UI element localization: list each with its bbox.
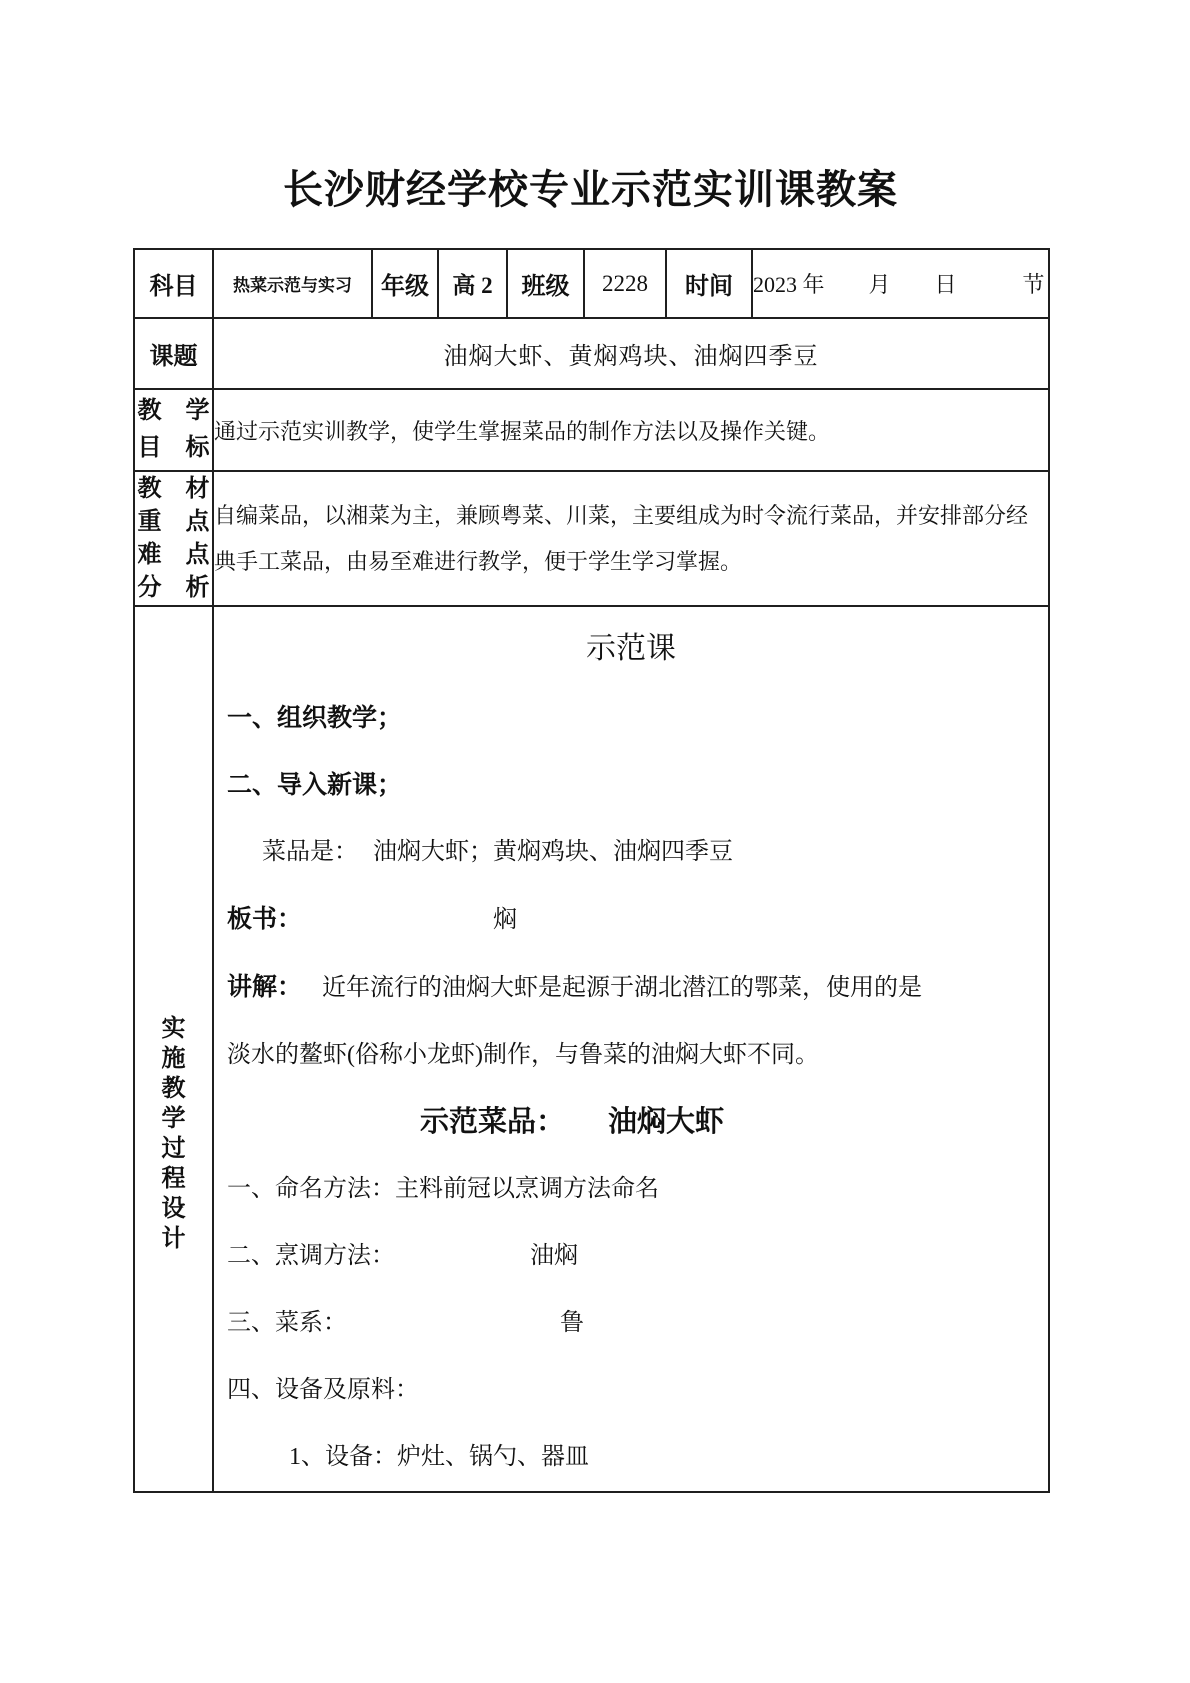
process-board-line: 板书：焖 bbox=[214, 886, 1048, 954]
method-label: 二、烹调方法： bbox=[227, 1243, 395, 1269]
objective-value-cell: 通过示范实训教学，使学生掌握菜品的制作方法以及操作关键。 bbox=[213, 389, 1049, 471]
class-value-cell: 2228 bbox=[584, 249, 666, 318]
info-row: 科目 热菜示范与实习 年级 高 2 班级 2228 时间 2023 年 月 日 … bbox=[134, 249, 1049, 318]
process-row: 实 施 教 学 过 程 设 计 示范课 一、组织教学； 二、导入新课； 菜品是：… bbox=[134, 606, 1049, 1492]
objective-row: 教 学 目 标 通过示范实训教学，使学生掌握菜品的制作方法以及操作关键。 bbox=[134, 389, 1049, 471]
document-title: 长沙财经学校专业示范实训课教案 bbox=[133, 166, 1048, 214]
process-item-cuisine: 三、菜系：鲁 bbox=[214, 1290, 1048, 1357]
process-demo-line: 示范菜品：油焖大虾 bbox=[214, 1089, 1048, 1156]
process-item-naming: 一、命名方法：主料前冠以烹调方法命名 bbox=[214, 1156, 1048, 1223]
topic-label-cell: 课题 bbox=[134, 318, 213, 389]
analysis-label-cell: 教 材 重 点 难 点 分 析 bbox=[134, 471, 213, 606]
cuisine-label: 三、菜系： bbox=[227, 1310, 347, 1336]
dishes-value: 油焖大虾；黄焖鸡块、油焖四季豆 bbox=[373, 839, 733, 865]
process-item-equipment-header: 四、设备及原料： bbox=[214, 1357, 1048, 1424]
class-label-cell: 班级 bbox=[507, 249, 584, 318]
process-content: 示范课 一、组织教学； 二、导入新课； 菜品是：油焖大虾；黄焖鸡块、油焖四季豆 … bbox=[214, 607, 1048, 1491]
process-item-equipment-detail: 1、设备：炉灶、锅勺、器皿 bbox=[214, 1424, 1048, 1491]
board-value: 焖 bbox=[493, 907, 517, 933]
board-label: 板书： bbox=[227, 905, 302, 933]
subject-label-cell: 科目 bbox=[134, 249, 213, 318]
demo-label: 示范菜品： bbox=[420, 1106, 565, 1138]
process-dishes-line: 菜品是：油焖大虾；黄焖鸡块、油焖四季豆 bbox=[214, 819, 1048, 886]
process-content-cell: 示范课 一、组织教学； 二、导入新课； 菜品是：油焖大虾；黄焖鸡块、油焖四季豆 … bbox=[213, 606, 1049, 1492]
process-step-1: 一、组织教学； bbox=[214, 685, 1048, 752]
process-explain-line-1: 讲解：近年流行的油焖大虾是起源于湖北潜江的鄂菜，使用的是 bbox=[214, 954, 1048, 1022]
method-value: 油焖 bbox=[530, 1243, 578, 1269]
grade-label-cell: 年级 bbox=[372, 249, 438, 318]
time-value-cell: 2023 年 月 日 节 bbox=[752, 249, 1049, 318]
process-heading: 示范课 bbox=[214, 613, 1048, 685]
process-vertical-label: 实 施 教 学 过 程 设 计 bbox=[135, 1014, 212, 1254]
demo-value: 油焖大虾 bbox=[608, 1106, 724, 1138]
analysis-row: 教 材 重 点 难 点 分 析 自编菜品，以湘菜为主，兼顾粤菜、川菜，主要组成为… bbox=[134, 471, 1049, 606]
objective-label-cell: 教 学 目 标 bbox=[134, 389, 213, 471]
process-item-method: 二、烹调方法：油焖 bbox=[214, 1223, 1048, 1290]
topic-value-cell: 油焖大虾、黄焖鸡块、油焖四季豆 bbox=[213, 318, 1049, 389]
process-step-2: 二、导入新课； bbox=[214, 752, 1048, 819]
topic-row: 课题 油焖大虾、黄焖鸡块、油焖四季豆 bbox=[134, 318, 1049, 389]
grade-value-cell: 高 2 bbox=[438, 249, 507, 318]
lesson-plan-table: 科目 热菜示范与实习 年级 高 2 班级 2228 时间 2023 年 月 日 … bbox=[133, 248, 1050, 1493]
explain-text-1: 近年流行的油焖大虾是起源于湖北潜江的鄂菜，使用的是 bbox=[322, 975, 922, 1001]
analysis-value-cell: 自编菜品，以湘菜为主，兼顾粤菜、川菜，主要组成为时令流行菜品，并安排部分经典手工… bbox=[213, 471, 1049, 606]
process-label-cell: 实 施 教 学 过 程 设 计 bbox=[134, 606, 213, 1492]
document-page: 长沙财经学校专业示范实训课教案 科目 热菜示范与实习 年级 高 2 班级 222… bbox=[0, 0, 1190, 1683]
explain-text-2: 淡水的鳌虾(俗称小龙虾)制作，与鲁菜的油焖大虾不同。 bbox=[227, 1042, 819, 1068]
cuisine-value: 鲁 bbox=[560, 1310, 584, 1336]
subject-value-cell: 热菜示范与实习 bbox=[213, 249, 372, 318]
dishes-label: 菜品是： bbox=[262, 839, 358, 865]
time-label-cell: 时间 bbox=[666, 249, 752, 318]
explain-label: 讲解： bbox=[227, 973, 302, 1001]
process-explain-line-2: 淡水的鳌虾(俗称小龙虾)制作，与鲁菜的油焖大虾不同。 bbox=[214, 1022, 1048, 1089]
